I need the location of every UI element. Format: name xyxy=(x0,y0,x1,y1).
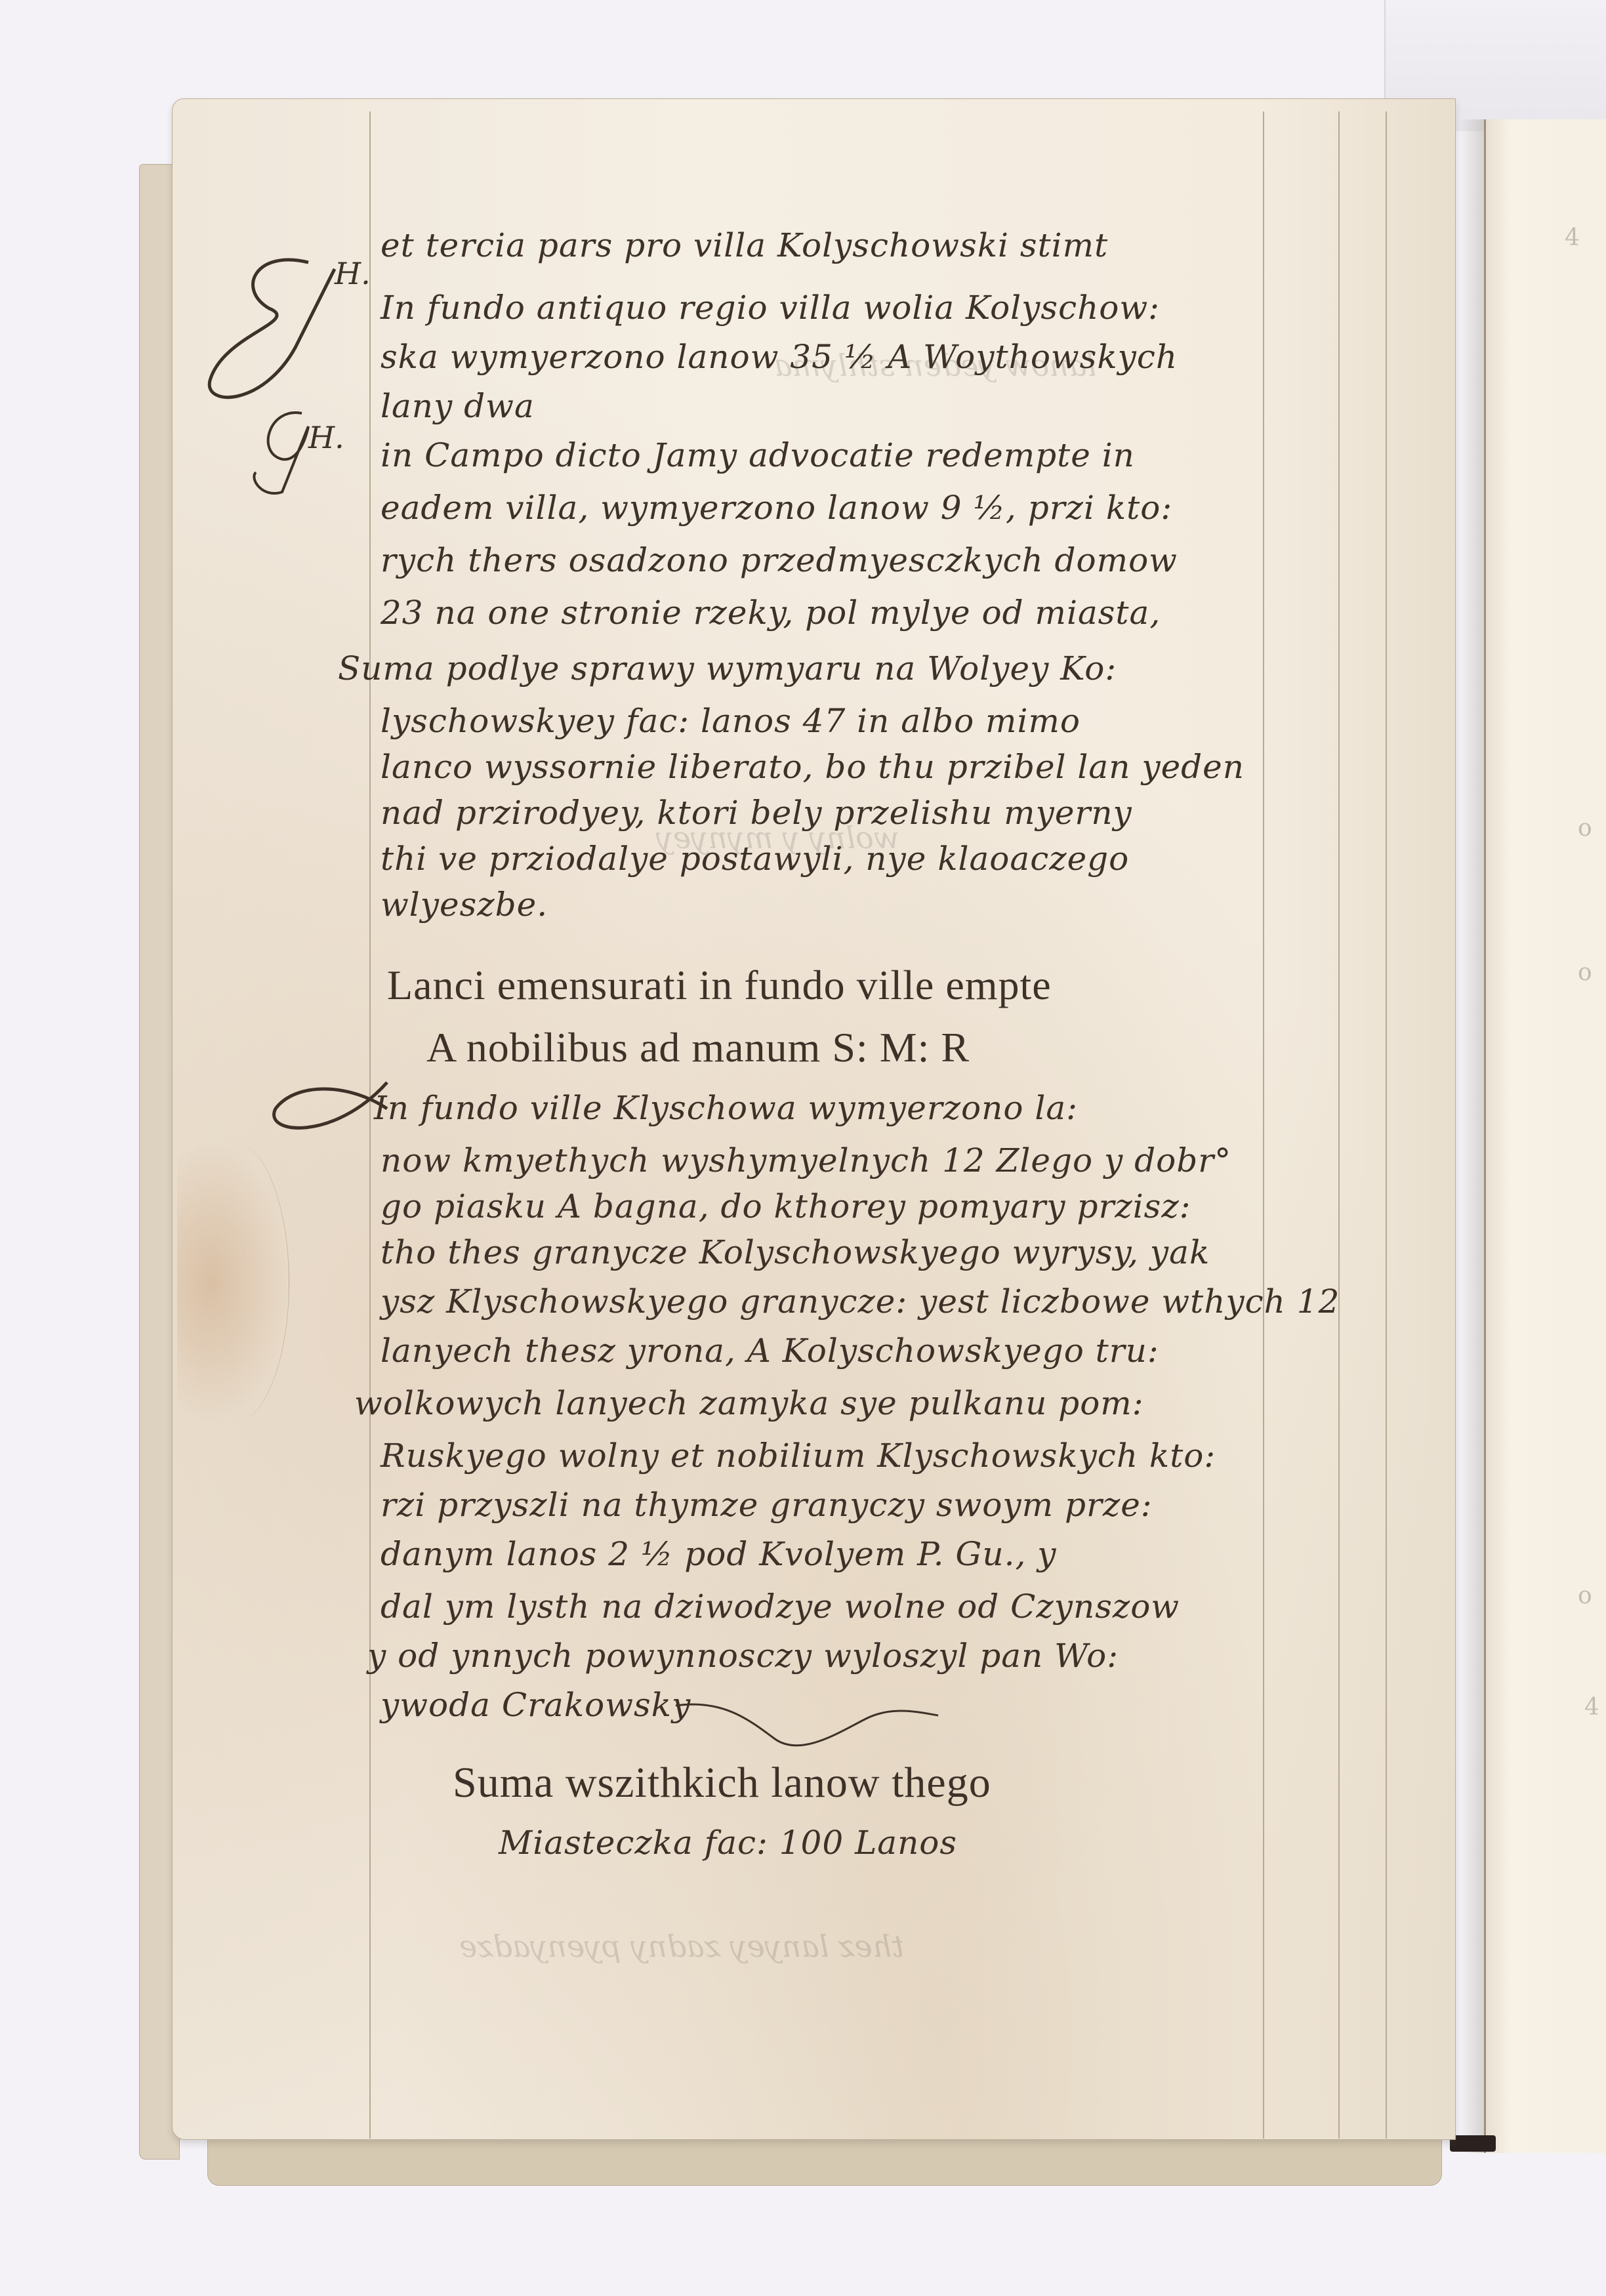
adjacent-right-page: 4 o o o 4 xyxy=(1484,119,1606,2153)
text-line: et tercia pars pro villa Kolyschowski st… xyxy=(381,226,1108,264)
text-line: go piasku A bagna, do kthorey pomyary pr… xyxy=(381,1187,1191,1225)
adjacent-mark: 4 xyxy=(1584,1694,1599,1721)
text-line: now kmyethych wyshymyelnych 12 Zlego y d… xyxy=(381,1141,1231,1179)
heading-line: A nobilibus ad manum S: M: R xyxy=(426,1023,970,1072)
text-line: rych thers osadzono przedmyesczkych domo… xyxy=(381,541,1178,579)
summary-line: Suma wszithkich lanow thego xyxy=(453,1758,991,1808)
adjacent-mark: o xyxy=(1578,959,1592,986)
text-line: tho thes granycze Kolyschowskyego wyrysy… xyxy=(381,1233,1210,1271)
ruled-margin-line-right-outer xyxy=(1338,112,1340,2139)
margin-note: H. xyxy=(335,256,371,291)
heading-line: Lanci emensurati in fundo ville empte xyxy=(387,961,1052,1010)
text-line: danym lanos 2 ½ pod Kvolyem P. Gu., y xyxy=(381,1535,1057,1573)
text-line: ska wymyerzono lanow 35 ½ A Woythowskych xyxy=(381,338,1178,376)
text-line: In fundo ville Klyschowa wymyerzono la: xyxy=(374,1089,1078,1127)
text-line: nad przirodyey, ktori bely przelishu mye… xyxy=(381,794,1132,832)
text-line: wolkowych lanyech zamyka sye pulkanu pom… xyxy=(354,1384,1144,1422)
text-line: lany dwa xyxy=(381,387,535,425)
gutter-shadow xyxy=(1460,119,1486,2153)
text-line: eadem villa, wymyerzono lanow 9 ½, przi … xyxy=(381,489,1172,527)
text-line: In fundo antiquo regio villa wolia Kolys… xyxy=(381,289,1160,327)
text-line: ywoda Crakowsky xyxy=(381,1686,691,1724)
text-line: Ruskyego wolny et nobilium Klyschowskych… xyxy=(381,1437,1216,1475)
text-line: thi ve prziodalye postawyli, nye klaoacz… xyxy=(381,840,1129,878)
binding-clip xyxy=(1450,2135,1496,2152)
ruled-margin-line-right xyxy=(1263,112,1264,2139)
bleed-through-text: thez lanyey zadny pyenyadze xyxy=(459,1929,904,1964)
summary-line: Miasteczka fac: 100 Lanos xyxy=(499,1824,957,1862)
adjacent-mark: 4 xyxy=(1565,224,1580,251)
ruled-margin-line-edge xyxy=(1386,112,1387,2139)
adjacent-mark: o xyxy=(1578,1582,1592,1609)
text-line: 23 na one stronie rzeky, pol mylye od mi… xyxy=(381,594,1161,632)
margin-note: H. xyxy=(308,420,344,455)
text-line: y od ynnych powynnosczy wyloszyl pan Wo: xyxy=(367,1637,1119,1675)
text-line: lyschowskyey fac: lanos 47 in albo mimo xyxy=(381,702,1081,740)
text-line: wlyeszbe. xyxy=(381,886,548,924)
text-line: lanyech thesz yrona, A Kolyschowskyego t… xyxy=(381,1332,1159,1370)
text-line: rzi przyszli na thymze granyczy swoym pr… xyxy=(381,1486,1153,1524)
text-line: Suma podlye sprawy wymyaru na Wolyey Ko: xyxy=(338,649,1117,687)
text-line: lanco wyssornie liberato, bo thu przibel… xyxy=(381,748,1245,786)
text-line: in Campo dicto Jamy advocatie redempte i… xyxy=(381,436,1135,474)
adjacent-mark: o xyxy=(1578,815,1592,842)
water-stain xyxy=(177,1141,289,1424)
text-line: ysz Klyschowskyego granycze: yest liczbo… xyxy=(381,1282,1340,1321)
text-line: dal ym lysth na dziwodzye wolne od Czyns… xyxy=(381,1588,1180,1626)
